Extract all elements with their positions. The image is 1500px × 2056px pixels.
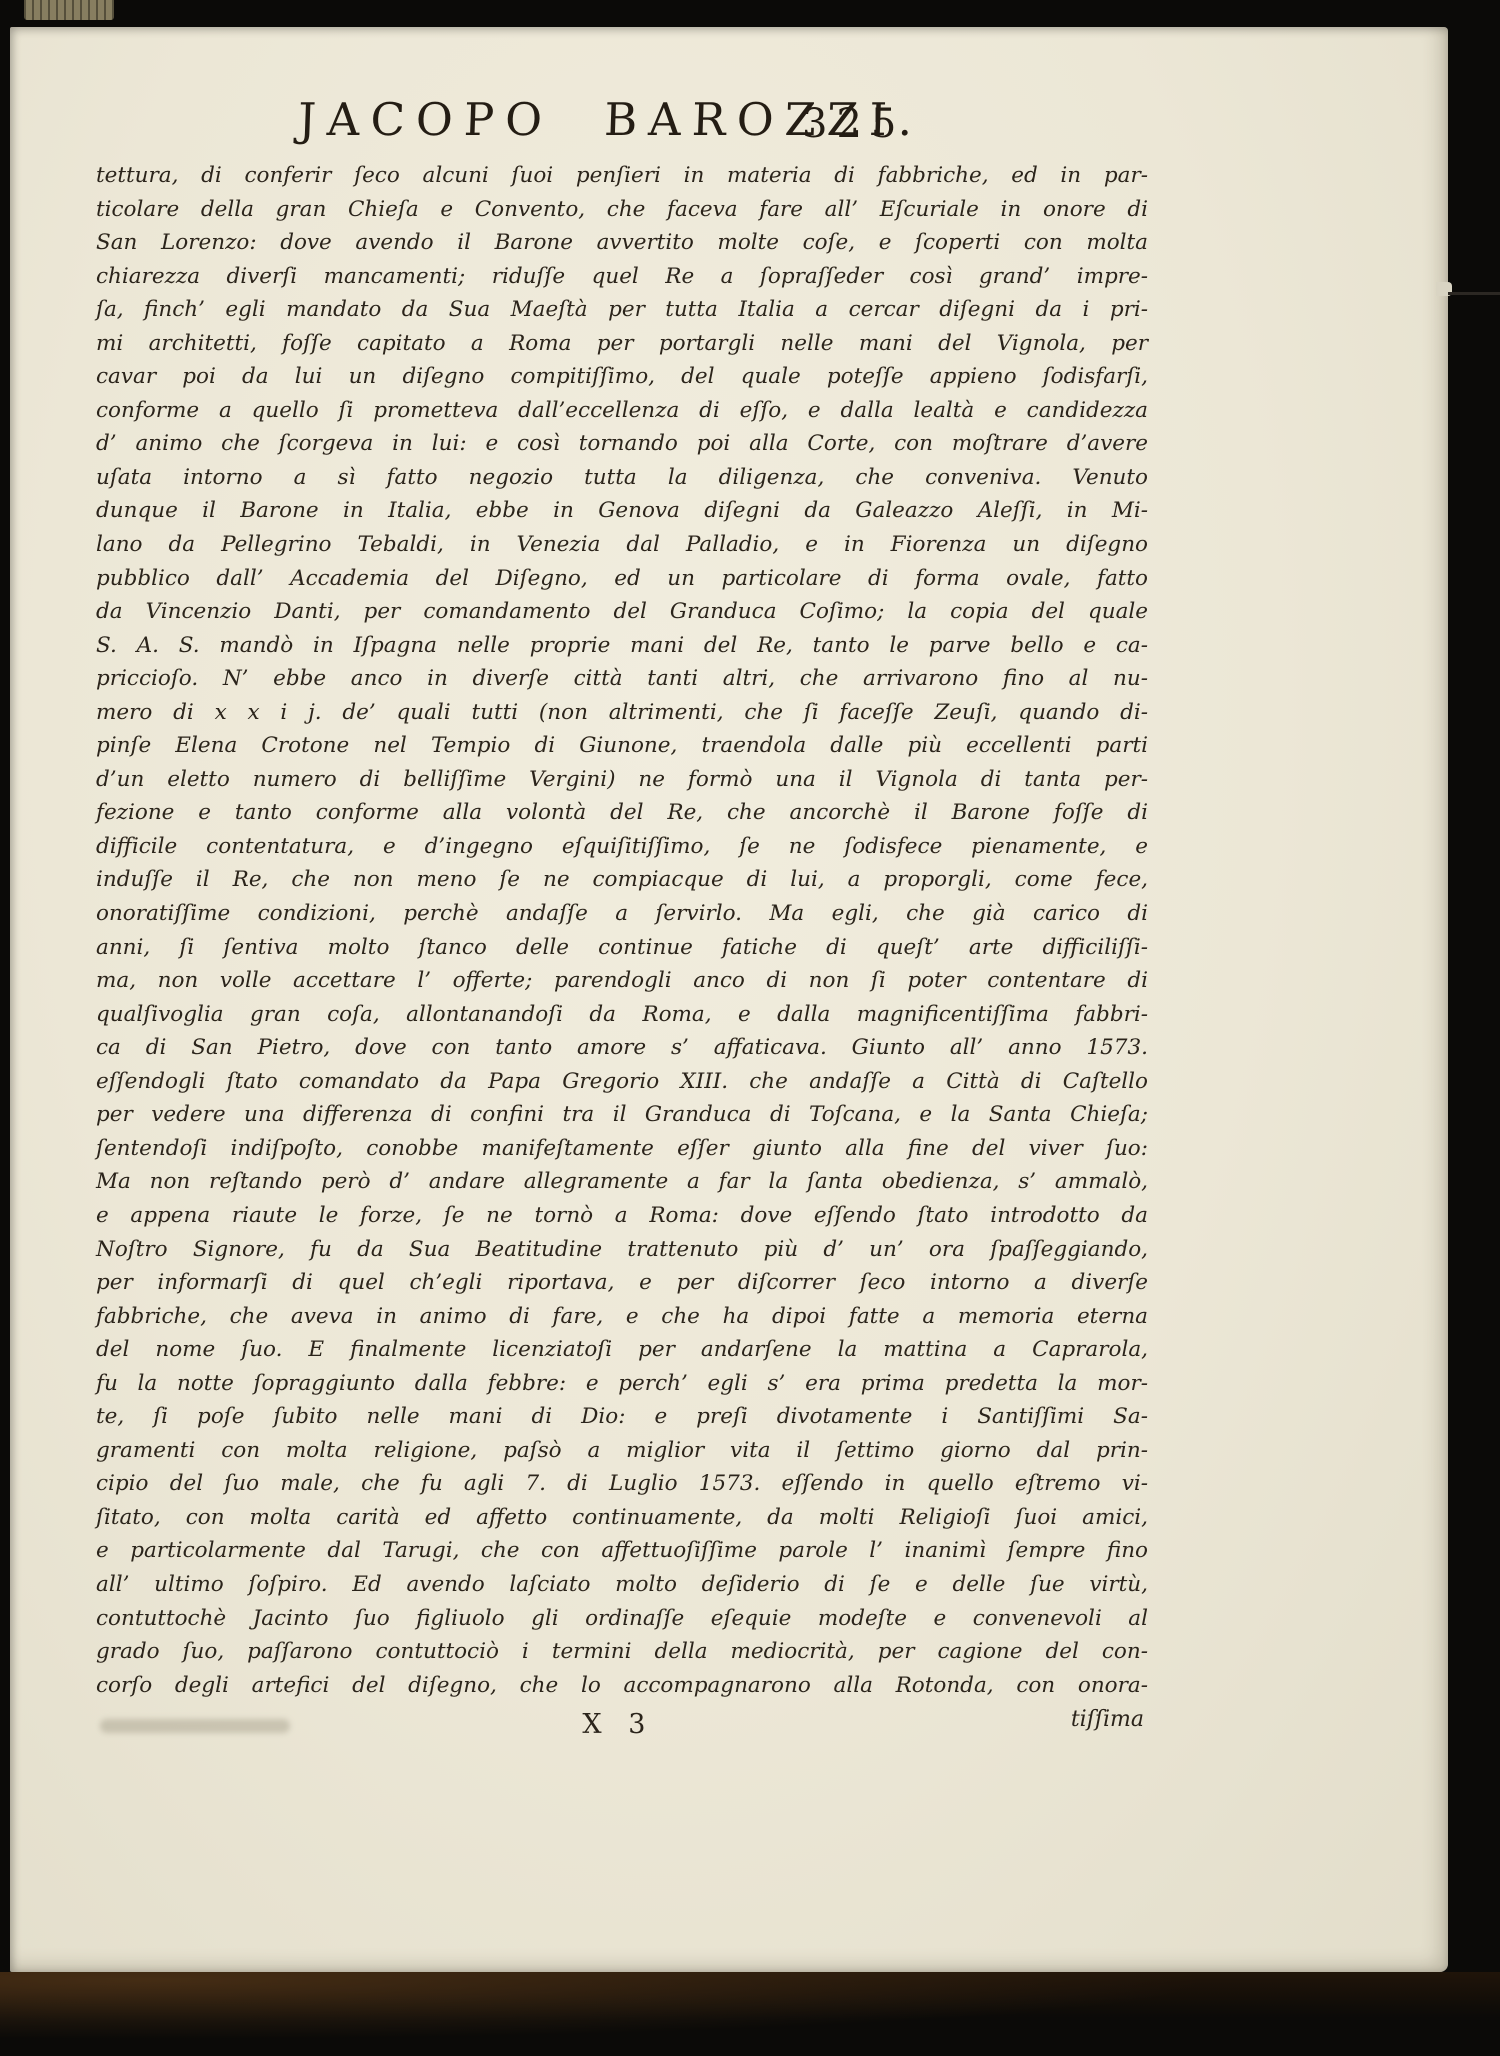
text-line: ſitato, con molta carità ed affetto cont…	[96, 1501, 1148, 1535]
text-line: difficile contentatura, e d’ingegno eſqu…	[96, 830, 1148, 864]
text-line: pinſe Elena Crotone nel Tempio di Giunon…	[96, 729, 1148, 763]
text-line: anni, ſi ſentiva molto ſtanco delle cont…	[96, 931, 1148, 965]
text-line: cavar poi da lui un diſegno compitiſſimo…	[96, 360, 1148, 394]
text-line: eſſendogli ſtato comandato da Papa Grego…	[96, 1065, 1148, 1099]
text-line: d’ animo che ſcorgeva in lui: e così tor…	[96, 427, 1148, 461]
text-line: ma, non volle accettare l’ offerte; pare…	[96, 964, 1148, 998]
page-header: JACOPO BAROZZI. 325	[10, 93, 1448, 163]
text-line: ſentendoſi indiſpoſto, conobbe manifeſta…	[96, 1132, 1148, 1166]
scan-bottom-border	[0, 1972, 1500, 2056]
text-line: onoratiſſime condizioni, perchè andaſſe …	[96, 897, 1148, 931]
page-number: 325	[802, 101, 905, 147]
text-line: del nome ſuo. E finalmente licenziatoſi …	[96, 1333, 1148, 1367]
text-line: all’ ultimo ſoſpiro. Ed avendo laſciato …	[96, 1568, 1148, 1602]
catchword: tiſſima	[1071, 1707, 1144, 1732]
text-line: e appena riaute le forze, ſe ne tornò a …	[96, 1199, 1148, 1233]
text-line: pubblico dall’ Accademia del Diſegno, ed…	[96, 562, 1148, 596]
book-page: JACOPO BAROZZI. 325 tettura, di conferir…	[10, 27, 1448, 1972]
text-line: fabbriche, che aveva in animo di fare, e…	[96, 1300, 1148, 1334]
text-line: per informarſi di quel ch’egli riportava…	[96, 1266, 1148, 1300]
text-line: San Lorenzo: dove avendo il Barone avver…	[96, 226, 1148, 260]
text-line: ca di San Pietro, dove con tanto amore s…	[96, 1031, 1148, 1065]
text-line: Noſtro Signore, fu da Sua Beatitudine tr…	[96, 1233, 1148, 1267]
text-line: priccioſo. N’ ebbe anco in diverſe città…	[96, 662, 1148, 696]
text-line: chiarezza diverſi mancamenti; riduſſe qu…	[96, 260, 1148, 294]
book-scan: JACOPO BAROZZI. 325 tettura, di conferir…	[0, 0, 1500, 2056]
text-line: tettura, di conferir ſeco alcuni ſuoi pe…	[96, 159, 1148, 193]
signature-row: X 3 tiſſima	[96, 1707, 1148, 1747]
text-line: contuttochè Jacinto ſuo figliuolo gli or…	[96, 1602, 1148, 1636]
text-line: Ma non reſtando però d’ andare allegrame…	[96, 1165, 1148, 1199]
text-line: mero di x x i j. de’ quali tutti (non al…	[96, 696, 1148, 730]
text-line: induſſe il Re, che non meno ſe ne compia…	[96, 863, 1148, 897]
text-line: qualſivoglia gran coſa, allontanandoſi d…	[96, 998, 1148, 1032]
text-line: ſa, finch’ egli mandato da Sua Maeſtà pe…	[96, 293, 1148, 327]
text-line: d’un eletto numero di belliſſime Vergini…	[96, 763, 1148, 797]
text-line: fu la notte ſopraggiunto dalla febbre: e…	[96, 1367, 1148, 1401]
text-line: fezione e tanto conforme alla volontà de…	[96, 796, 1148, 830]
text-block: tettura, di conferir ſeco alcuni ſuoi pe…	[96, 159, 1148, 1702]
text-line: per vedere una differenza di confini tra…	[96, 1098, 1148, 1132]
text-line: te, ſi poſe ſubito nelle mani di Dio: e …	[96, 1400, 1148, 1434]
signature-mark: X 3	[582, 1709, 654, 1740]
text-line: dunque il Barone in Italia, ebbe in Geno…	[96, 494, 1148, 528]
text-line: gramenti con molta religione, paſsò a mi…	[96, 1434, 1148, 1468]
scan-top-border	[0, 0, 1500, 27]
text-line: grado ſuo, paſſarono contuttociò i termi…	[96, 1635, 1148, 1669]
text-line: lano da Pellegrino Tebaldi, in Venezia d…	[96, 528, 1148, 562]
text-line: S. A. S. mandò in Iſpagna nelle proprie …	[96, 629, 1148, 663]
text-line: e particolarmente dal Tarugi, che con af…	[96, 1534, 1148, 1568]
text-line: corſo degli artefici del diſegno, che lo…	[96, 1669, 1148, 1703]
text-line: cipio del ſuo male, che fu agli 7. di Lu…	[96, 1467, 1148, 1501]
shelf-label-sticker	[24, 0, 114, 20]
text-line: mi architetti, foſſe capitato a Roma per…	[96, 327, 1148, 361]
text-line: da Vincenzio Danti, per comandamento del…	[96, 595, 1148, 629]
text-line: conforme a quello ſi prometteva dall’ecc…	[96, 394, 1148, 428]
text-line: ticolare della gran Chieſa e Convento, c…	[96, 193, 1148, 227]
scan-right-seam	[1448, 292, 1500, 295]
text-line: uſata intorno a sì fatto negozio tutta l…	[96, 461, 1148, 495]
